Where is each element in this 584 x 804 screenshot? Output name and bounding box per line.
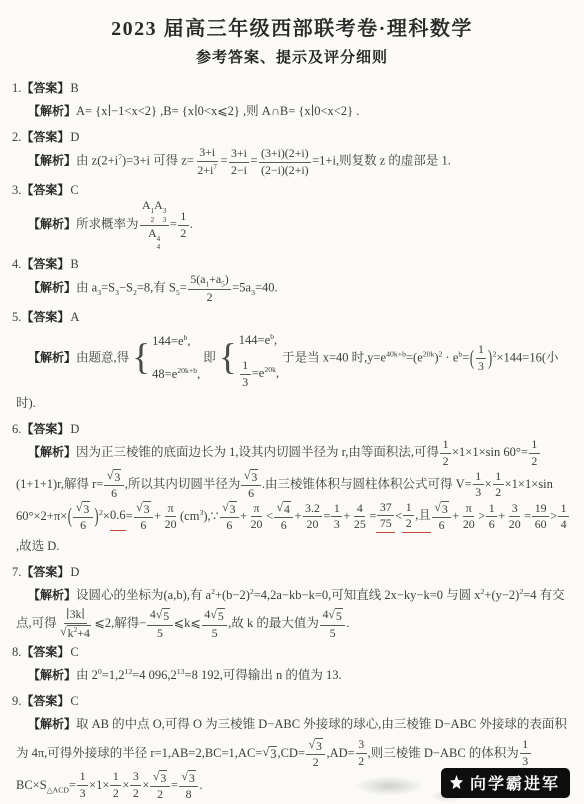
question-number: 8.: [12, 645, 21, 659]
document-title: 2023 届高三年级西部联考卷·理科数学: [12, 12, 572, 41]
question-number: 9.: [12, 694, 21, 708]
question-item: 1.【答案】B【解析】A= {x∣−1<x<2} ,B= {x∣0<x⩽2} ,…: [12, 79, 572, 125]
answer-line: 5.【答案】A: [12, 308, 572, 327]
watermark-logo-icon: [449, 775, 464, 790]
analysis-text: 【解析】所求概率为A12A33A44=12.: [16, 199, 572, 251]
answer-label: 【答案】: [21, 645, 69, 659]
answer-value: B: [70, 81, 78, 95]
answer-line: 4.【答案】B: [12, 255, 572, 274]
document-subtitle: 参考答案、提示及评分细则: [12, 46, 572, 67]
answer-label: 【答案】: [21, 422, 69, 436]
analysis-text: 【解析】因为正三棱锥的底面边长为 1,设其内切圆半径为 r,由等面积法,可得12…: [16, 438, 572, 559]
analysis-label: 【解析】: [28, 104, 76, 118]
answer-value: D: [70, 565, 79, 579]
answer-value: A: [70, 310, 79, 324]
question-number: 6.: [12, 422, 21, 436]
analysis-text: 【解析】由 z(2+i7)=3+i 可得 z=3+i2+i7=3+i2−i=(3…: [16, 146, 572, 177]
answer-line: 3.【答案】C: [12, 181, 572, 200]
question-item: 4.【答案】B【解析】由 a3=S3−S2=8,有 S5=5(a1+a5)2=5…: [12, 255, 572, 305]
answer-line: 9.【答案】C: [12, 692, 572, 711]
answer-value: C: [70, 645, 78, 659]
analysis-label: 【解析】: [28, 445, 76, 459]
answer-label: 【答案】: [21, 183, 69, 197]
question-item: 3.【答案】C【解析】所求概率为A12A33A44=12.: [12, 181, 572, 252]
analysis-text: 【解析】A= {x∣−1<x<2} ,B= {x∣0<x⩽2} ,则 A∩B= …: [16, 98, 572, 125]
answer-value: D: [70, 130, 79, 144]
analysis-text: 【解析】设圆心的坐标为(a,b),有 a2+(b−2)2=4,2a−kb−k=0…: [16, 582, 572, 641]
answer-line: 8.【答案】C: [12, 643, 572, 662]
answer-line: 6.【答案】D: [12, 420, 572, 439]
answer-value: C: [70, 694, 78, 708]
answer-value: D: [70, 422, 79, 436]
watermark-text: 向学霸进军: [470, 771, 560, 794]
analysis-text: 【解析】由 a3=S3−S2=8,有 S5=5(a1+a5)2=5a3=40.: [16, 273, 572, 304]
answers-list: 1.【答案】B【解析】A= {x∣−1<x<2} ,B= {x∣0<x⩽2} ,…: [12, 79, 572, 801]
question-number: 7.: [12, 565, 21, 579]
answer-line: 7.【答案】D: [12, 563, 572, 582]
question-number: 5.: [12, 310, 21, 324]
question-item: 2.【答案】D【解析】由 z(2+i7)=3+i 可得 z=3+i2+i7=3+…: [12, 128, 572, 178]
answer-line: 2.【答案】D: [12, 128, 572, 147]
question-number: 1.: [12, 81, 21, 95]
answer-value: C: [70, 183, 78, 197]
answer-label: 【答案】: [21, 310, 69, 324]
answer-label: 【答案】: [21, 257, 69, 271]
watermark-pill: 向学霸进军: [441, 768, 570, 798]
question-number: 4.: [12, 257, 21, 271]
analysis-label: 【解析】: [28, 717, 76, 731]
question-item: 5.【答案】A【解析】由题意,得{144=eb,48=e20k+b,即{144=…: [12, 308, 572, 417]
analysis-label: 【解析】: [28, 217, 76, 231]
analysis-label: 【解析】: [28, 281, 76, 295]
answer-sheet: 2023 届高三年级西部联考卷·理科数学 参考答案、提示及评分细则 1.【答案】…: [0, 0, 584, 801]
answer-label: 【答案】: [21, 694, 69, 708]
question-item: 6.【答案】D【解析】因为正三棱锥的底面边长为 1,设其内切圆半径为 r,由等面…: [12, 420, 572, 560]
question-number: 3.: [12, 183, 21, 197]
analysis-label: 【解析】: [28, 154, 76, 168]
analysis-label: 【解析】: [28, 588, 76, 602]
answer-label: 【答案】: [21, 565, 69, 579]
answer-label: 【答案】: [21, 130, 69, 144]
answer-label: 【答案】: [21, 81, 69, 95]
question-item: 7.【答案】D【解析】设圆心的坐标为(a,b),有 a2+(b−2)2=4,2a…: [12, 563, 572, 641]
analysis-text: 【解析】由题意,得{144=eb,48=e20k+b,即{144=eb,13=e…: [16, 327, 572, 417]
question-item: 8.【答案】C【解析】由 20=1,212=4 096,213=8 192,可得…: [12, 643, 572, 689]
answer-value: B: [70, 257, 78, 271]
analysis-label: 【解析】: [28, 668, 76, 682]
analysis-label: 【解析】: [28, 350, 76, 364]
analysis-text: 【解析】由 20=1,212=4 096,213=8 192,可得输出 n 的值…: [16, 662, 572, 689]
question-number: 2.: [12, 130, 21, 144]
answer-line: 1.【答案】B: [12, 79, 572, 98]
watermark-badge: 向学霸进军: [441, 768, 570, 798]
